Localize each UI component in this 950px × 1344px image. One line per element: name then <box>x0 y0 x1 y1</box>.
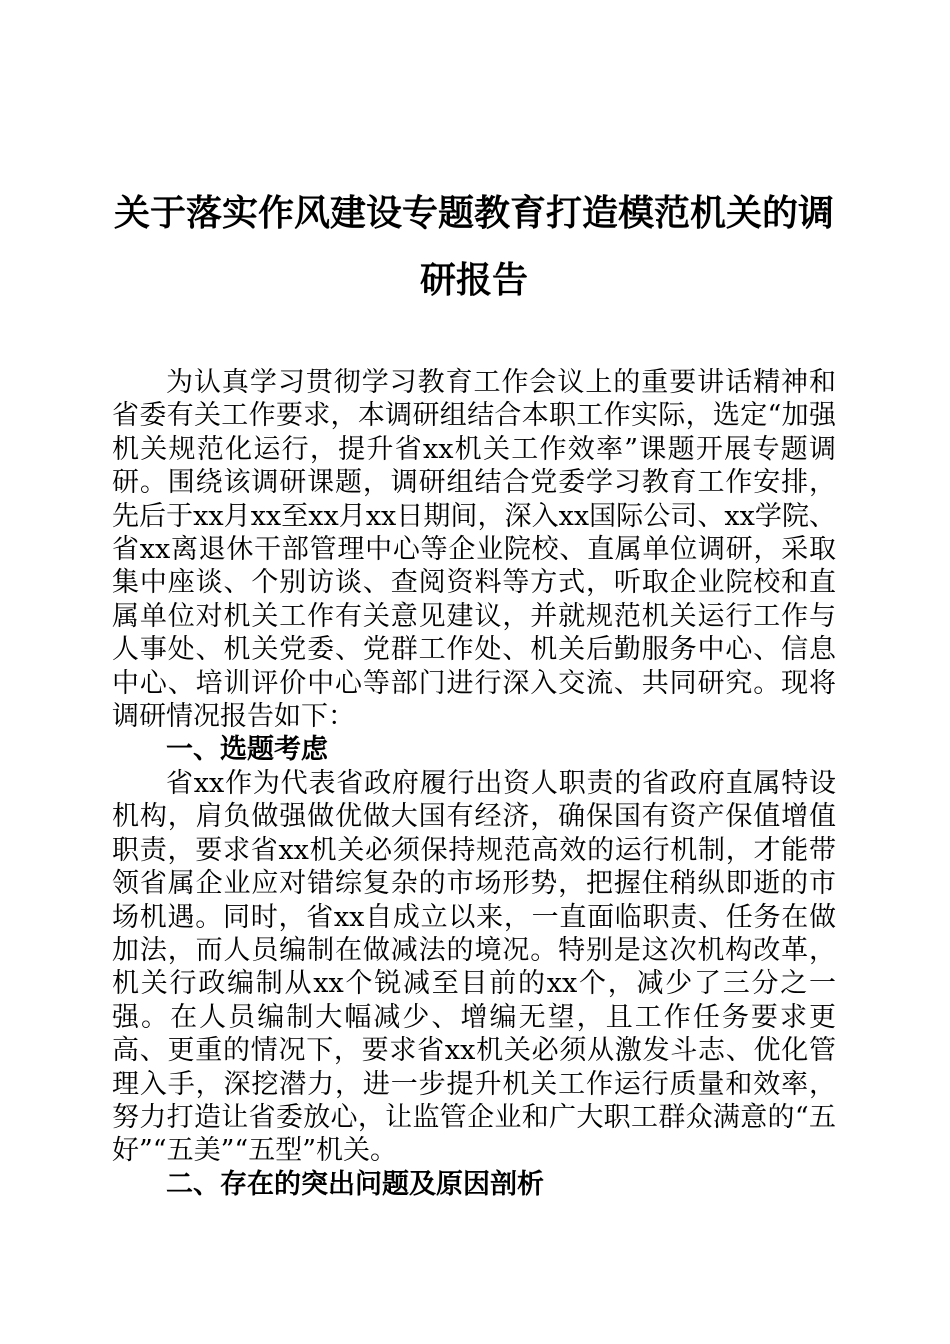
document-page: 关于落实作风建设专题教育打造模范机关的调研报告 为认真学习贯彻学习教育工作会议上… <box>0 0 950 1344</box>
paragraph-section-1: 省xx作为代表省政府履行出资人职责的省政府直属特设机构，肩负做强做优做大国有经济… <box>112 767 836 1168</box>
section-heading-1: 一、选题考虑 <box>112 733 836 766</box>
document-content: 关于落实作风建设专题教育打造模范机关的调研报告 为认真学习贯彻学习教育工作会议上… <box>112 0 836 1201</box>
document-title: 关于落实作风建设专题教育打造模范机关的调研报告 <box>112 0 836 314</box>
section-heading-2: 二、存在的突出问题及原因剖析 <box>112 1168 836 1201</box>
paragraph-intro: 为认真学习贯彻学习教育工作会议上的重要讲话精神和省委有关工作要求，本调研组结合本… <box>112 366 836 733</box>
